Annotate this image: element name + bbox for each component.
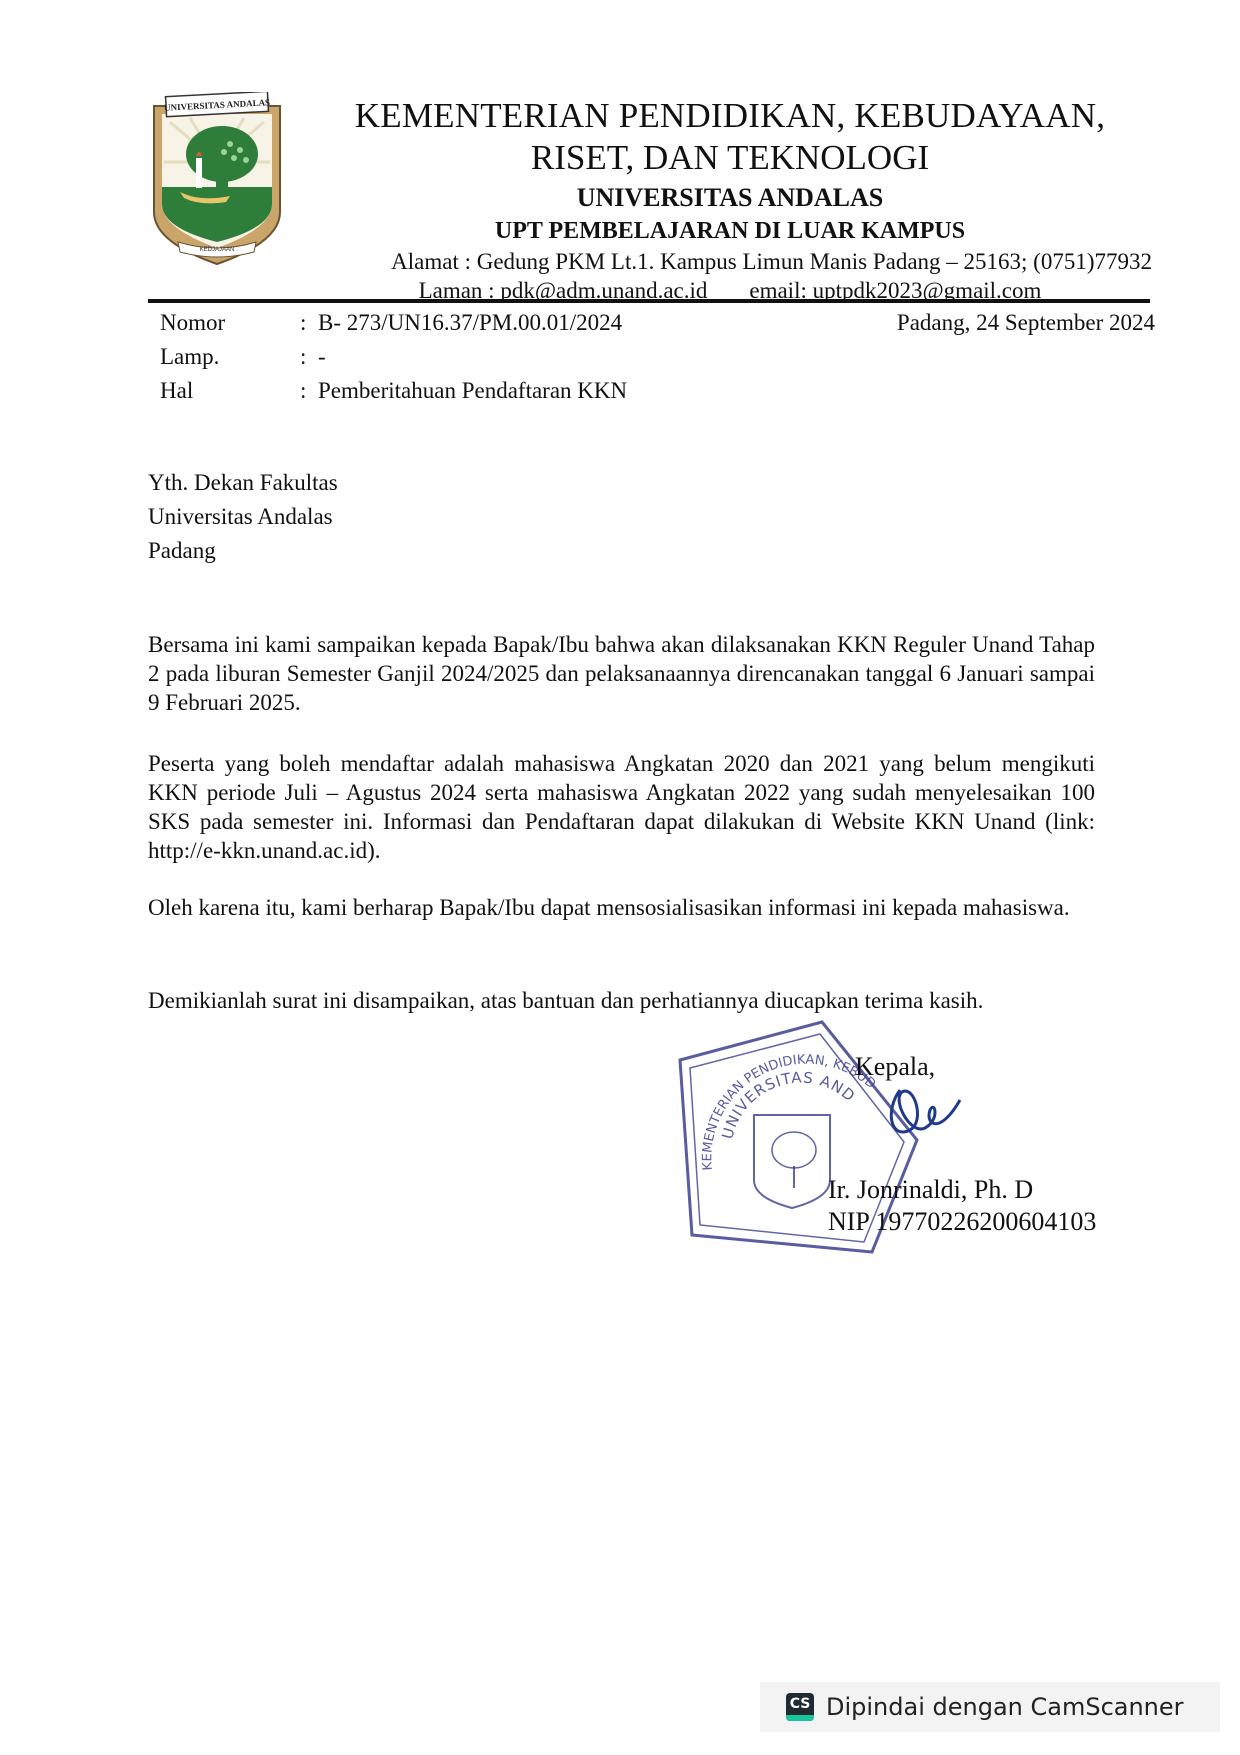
hal-value: Pemberitahuan Pendaftaran KKN: [318, 374, 627, 408]
university-name: UNIVERSITAS ANDALAS: [300, 181, 1160, 215]
nomor-value: B- 273/UN16.37/PM.00.01/2024: [318, 306, 622, 340]
separator: :: [300, 340, 306, 374]
body-paragraph-2: Peserta yang boleh mendaftar adalah maha…: [148, 749, 1095, 865]
svg-text:KEDJAJAAN: KEDJAJAAN: [200, 247, 235, 253]
nomor-label: Nomor: [160, 306, 225, 340]
recipient-line1: Yth. Dekan Fakultas: [148, 466, 338, 500]
unit-name: UPT PEMBELAJARAN DI LUAR KAMPUS: [300, 215, 1160, 247]
camscanner-text: Dipindai dengan CamScanner: [826, 1693, 1184, 1721]
hal-label: Hal: [160, 374, 193, 408]
place-date: Padang, 24 September 2024: [897, 306, 1155, 340]
address-line: Alamat : Gedung PKM Lt.1. Kampus Limun M…: [300, 247, 1160, 277]
ministry-name-line1: KEMENTERIAN PENDIDIKAN, KEBUDAYAAN,: [300, 95, 1160, 137]
lamp-label: Lamp.: [160, 340, 219, 374]
letterhead: KEMENTERIAN PENDIDIKAN, KEBUDAYAAN, RISE…: [300, 95, 1160, 305]
closing-paragraph: Demikianlah surat ini disampaikan, atas …: [148, 986, 1095, 1015]
nomor-row: Nomor : B- 273/UN16.37/PM.00.01/2024 Pad…: [160, 306, 1155, 340]
letter-meta: Nomor : B- 273/UN16.37/PM.00.01/2024 Pad…: [160, 306, 1155, 408]
separator: :: [300, 306, 306, 340]
signatory-name: Ir. Jonrinaldi, Ph. D: [828, 1175, 1033, 1205]
body-paragraph-1: Bersama ini kami sampaikan kepada Bapak/…: [148, 630, 1095, 717]
separator: :: [300, 374, 306, 408]
lamp-row: Lamp. : -: [160, 340, 1155, 374]
recipient-line2: Universitas Andalas: [148, 500, 338, 534]
hal-row: Hal : Pemberitahuan Pendaftaran KKN: [160, 374, 1155, 408]
camscanner-watermark: CS Dipindai dengan CamScanner: [760, 1682, 1220, 1732]
body-paragraph-3: Oleh karena itu, kami berharap Bapak/Ibu…: [148, 893, 1095, 922]
university-crest-icon: UNIVERSITAS ANDALAS KEDJAJAAN: [150, 92, 284, 267]
signatory-title: Kepala,: [855, 1052, 935, 1082]
ministry-name-line2: RISET, DAN TEKNOLOGI: [300, 137, 1160, 179]
recipient-block: Yth. Dekan Fakultas Universitas Andalas …: [148, 466, 338, 568]
letterhead-divider: [148, 299, 1150, 303]
signatory-nip: NIP 19770226200604103: [828, 1207, 1096, 1237]
camscanner-logo-icon: CS: [786, 1693, 814, 1721]
handwritten-signature-icon: [880, 1080, 970, 1150]
lamp-value: -: [318, 340, 326, 374]
recipient-line3: Padang: [148, 534, 338, 568]
